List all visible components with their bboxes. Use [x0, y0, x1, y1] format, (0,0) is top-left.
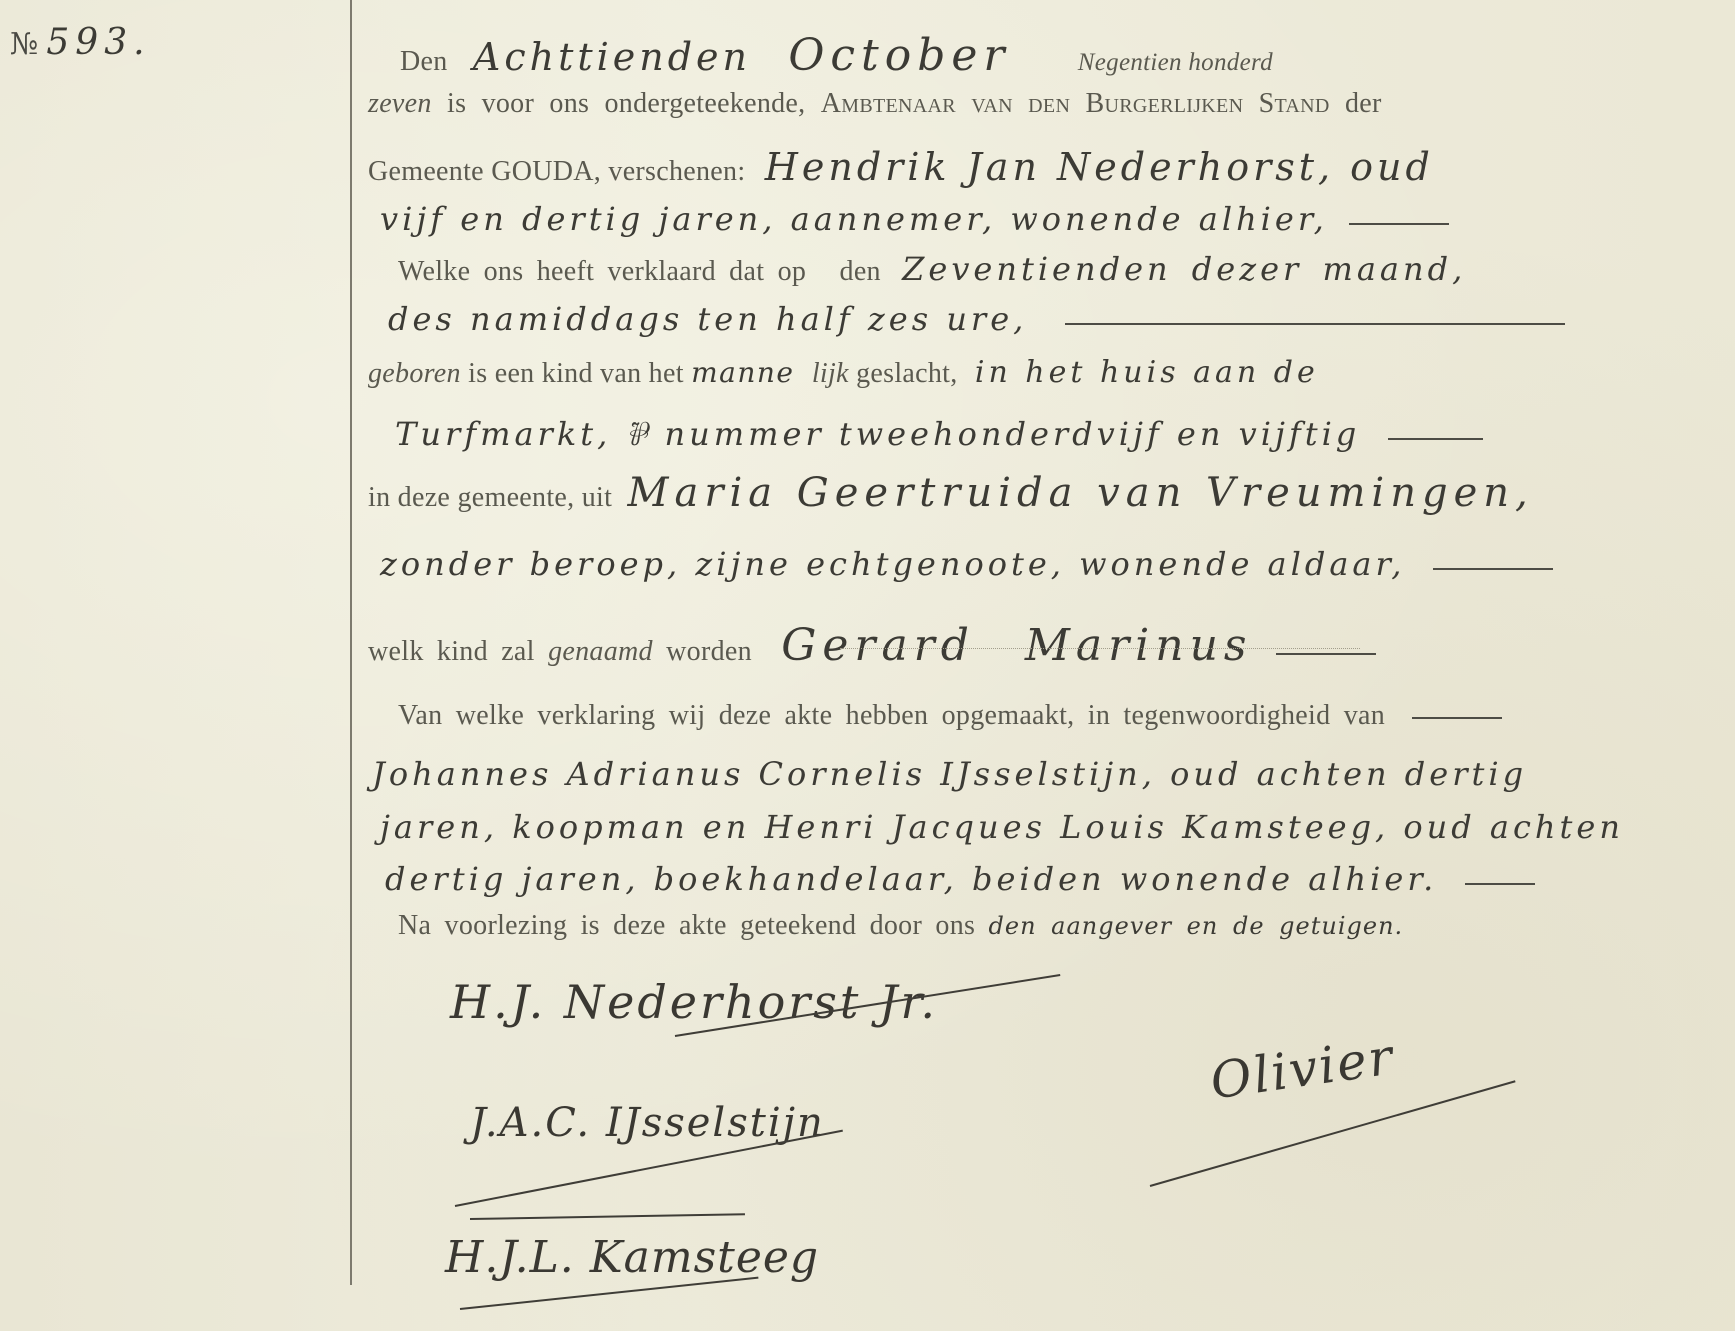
line-witness-1: Johannes Adrianus Cornelis IJsselstijn, …: [372, 755, 1527, 793]
print-worden: worden: [666, 636, 752, 667]
print-official-title: Ambtenaar van den Burgerlijken Stand: [821, 88, 1330, 119]
line-declared: Welke ons heeft verklaard dat op den Zev…: [398, 250, 1466, 288]
print-signed-by: Na voorlezing is deze akte geteekend doo…: [398, 910, 975, 941]
hand-address: Turfmarkt, ⅌ nummer tweehonderdvijf en v…: [395, 415, 1360, 453]
line-date: Den Achttienden October Negentien honder…: [400, 30, 1273, 81]
line-declarant: Gemeente GOUDA, verschenen: Hendrik Jan …: [368, 145, 1434, 189]
hand-birth-time: des namiddags ten half zes ure,: [388, 300, 1027, 338]
act-number: №593.: [10, 22, 151, 63]
hand-witness-2: jaren, koopman en Henri Jacques Louis Ka…: [380, 808, 1624, 846]
print-from: in deze gemeente, uit: [368, 482, 612, 513]
line-official: zeven is voor ons ondergeteekende, Ambte…: [368, 88, 1382, 120]
line-birth-time: des namiddags ten half zes ure,: [388, 300, 1565, 338]
hand-day: Achttienden: [473, 35, 751, 79]
hand-child-name: Gerard Marinus: [781, 620, 1252, 671]
print-municipality: Gemeente GOUDA, verschenen:: [368, 156, 745, 187]
hand-birth-date: Zeventienden dezer maand,: [902, 250, 1466, 288]
print-geslacht: geslacht,: [856, 358, 957, 389]
hand-witness-details: dertig jaren, boekhandelaar, beiden wone…: [385, 860, 1437, 898]
margin-rule: [350, 0, 352, 1285]
signature-witness-2: H.J.L. Kamsteeg: [445, 1232, 819, 1283]
hand-witness-1: Johannes Adrianus Cornelis IJsselstijn, …: [372, 755, 1527, 793]
line-mother-details: zonder beroep, zijne echtgenoote, wonend…: [380, 545, 1553, 583]
fill-dash: [1349, 223, 1449, 225]
line-declarant-details: vijf en dertig jaren, aannemer, wonende …: [380, 200, 1449, 238]
line-signed-by: Na voorlezing is deze akte geteekend doo…: [398, 910, 1403, 942]
fill-dash: [1412, 717, 1502, 719]
print-declared: Welke ons heeft verklaard dat op: [398, 256, 806, 287]
line-witness-details: dertig jaren, boekhandelaar, beiden wone…: [385, 860, 1535, 898]
print-born: geboren: [368, 358, 461, 389]
fill-dash: [1465, 883, 1535, 885]
print-lijk: lijk: [812, 358, 849, 389]
print-named: genaamd: [548, 636, 653, 667]
signature-flourish: [1150, 1080, 1516, 1187]
line-gender: geboren is een kind van het manne lijk g…: [368, 355, 1319, 390]
fill-dash: [1065, 323, 1565, 325]
print-den: Den: [400, 46, 448, 77]
print-year-suffix: zeven: [368, 88, 432, 119]
line-witness-2: jaren, koopman en Henri Jacques Louis Ka…: [380, 808, 1624, 846]
print-intro: is voor ons ondergeteekende,: [447, 88, 805, 119]
line-child-name: welk kind zal genaamd worden Gerard Mari…: [368, 620, 1376, 671]
print-witnesses-intro: Van welke verklaring wij deze akte hebbe…: [398, 700, 1385, 731]
hand-signed-by: den aangever en de getuigen.: [989, 912, 1404, 940]
hand-mother-name: Maria Geertruida van Vreumingen,: [628, 470, 1534, 516]
hand-declarant-name: Hendrik Jan Nederhorst, oud: [765, 145, 1434, 189]
hand-month: October: [788, 30, 1010, 81]
line-witnesses-intro: Van welke verklaring wij deze akte hebbe…: [398, 700, 1502, 732]
fill-dash: [1433, 568, 1553, 570]
signature-official: Olivier: [1207, 1027, 1398, 1110]
line-address: Turfmarkt, ⅌ nummer tweehonderdvijf en v…: [395, 412, 1483, 455]
act-number-value: 593.: [46, 22, 150, 63]
print-year-prefix: Negentien honderd: [1078, 49, 1273, 76]
print-der: der: [1345, 88, 1382, 119]
signature-declarant: H.J. Nederhorst Jr.: [450, 975, 938, 1029]
signature-witness-1: J.A.C. IJsselstijn: [470, 1100, 825, 1146]
hand-gender: manne: [691, 356, 794, 389]
name-dotted-line: [840, 648, 1360, 649]
signature-overline: [470, 1213, 745, 1220]
fill-dash: [1276, 653, 1376, 655]
print-child-of: is een kind van het: [468, 358, 684, 389]
number-sign: №: [10, 27, 40, 62]
hand-declarant-details: vijf en dertig jaren, aannemer, wonende …: [380, 200, 1328, 238]
fill-dash: [1388, 438, 1483, 440]
print-child-will: welk kind zal: [368, 636, 535, 667]
print-den-2: den: [840, 256, 881, 287]
hand-birthplace-1: in het huis aan de: [975, 355, 1319, 390]
hand-mother-details: zonder beroep, zijne echtgenoote, wonend…: [380, 545, 1405, 583]
certificate-page: №593. Den Achttienden October Negentien …: [0, 0, 1735, 1331]
line-mother: in deze gemeente, uit Maria Geertruida v…: [368, 470, 1534, 516]
